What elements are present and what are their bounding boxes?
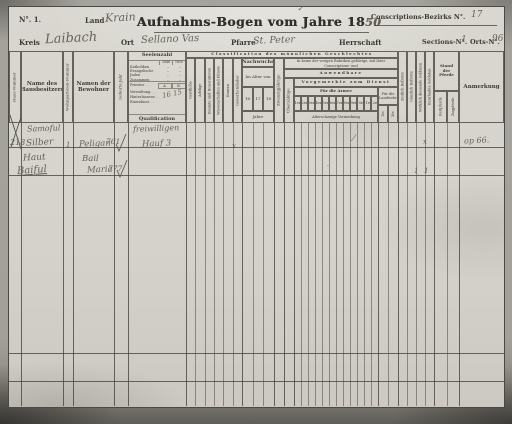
grid-vline: [447, 123, 448, 406]
grid-vline: [274, 123, 275, 406]
landwehr-col-1: 1te: [378, 105, 388, 123]
census-form-sheet: N°. 1. Land Krain Aufnahms-Bogen vom Jah…: [8, 6, 505, 408]
entry-prelim-owner: Samoful: [27, 123, 61, 133]
grid-vline: [357, 123, 358, 406]
nachwuchs-unit: Jahre: [242, 111, 274, 123]
column-header-anmerkung: Anmerkung: [459, 51, 504, 123]
status-column-header: Geistliche: [186, 58, 195, 123]
grid-vline: [364, 123, 365, 406]
grid-vline: [186, 123, 187, 406]
column-header-ueberzaehlige: Überzählige: [284, 78, 294, 123]
sections-value: 1: [461, 35, 467, 45]
grid-vline: [459, 123, 460, 406]
grid-vline: [214, 123, 215, 406]
grid-vline: [350, 123, 351, 406]
nachwuchs-year-17: 17: [253, 87, 263, 111]
grid-vline: [388, 123, 389, 406]
grid-vline: [233, 123, 234, 406]
conscription-underline: [374, 25, 497, 26]
grid-vline: [308, 123, 309, 406]
grid-vline: [398, 123, 399, 406]
pfarre-label: Pfarre: [231, 38, 256, 47]
grid-vline: [315, 123, 316, 406]
grid-vline: [63, 123, 64, 406]
armee-class-header: 5er: [322, 96, 329, 111]
grid-vline: [322, 123, 323, 406]
row1-status-mark: x: [232, 142, 236, 150]
column-header-bewohner: Namen der Bewohner: [73, 51, 114, 123]
seelenzahl-rows: 18461850Katholiken––Evangelische––Juden–…: [129, 60, 185, 81]
grid-vline: [301, 123, 302, 406]
orts-no-value: 96: [492, 34, 503, 44]
grid-vline: [343, 123, 344, 406]
row1-checkmark: [115, 133, 127, 153]
entry-row1-partei: 1: [66, 141, 70, 149]
pferde-col-reit: Reitpferde: [434, 91, 447, 123]
ort-value-handwriting: Sellano Vas: [141, 33, 200, 46]
armee-class-header: 11er: [364, 96, 371, 111]
herrschaft-label: Herrschaft: [339, 38, 382, 47]
befreite-column-header: Gänzlich Befreite: [407, 51, 416, 123]
armee-class-header: 6er: [329, 96, 336, 111]
landwehr-title: Für die Landwehr: [378, 87, 398, 105]
qualification-row-label: Einwohner . .: [130, 100, 154, 104]
nachwuchs-year-16: 16: [242, 87, 253, 111]
armee-bottom-label: Altersclassige Vormerkung: [294, 111, 378, 123]
grid-vline: [371, 123, 372, 406]
kreis-value-handwriting: Laibach: [45, 30, 98, 48]
nachwuchs-year-18: 18: [263, 87, 274, 111]
befreite-column-header: Zeitlich Befreite: [398, 51, 407, 123]
entry-prelim-qualification: freiwilligen: [133, 123, 179, 134]
grid-vline: [253, 123, 254, 406]
grid-vline: [416, 123, 417, 406]
form-title: Aufnahms-Bogen vom Jahre 1850: [129, 14, 389, 29]
armee-title: Für die Armee: [294, 87, 378, 96]
befreite-column-header: Wirklich dienende Soldaten: [416, 51, 425, 123]
nachwuchs-subtitle: Im Alter von: [242, 67, 274, 87]
column-header-hausbesitzer: Name des Hausbesitzers: [21, 51, 63, 123]
armee-class-header: 2er: [301, 96, 308, 111]
qualification-handwritten-value: 16 15: [161, 88, 182, 100]
row3-checkmark: [116, 159, 128, 179]
kreis-label: Kreis: [19, 38, 40, 47]
qualification-row-label: Hinterlassene . .: [130, 95, 159, 99]
vorgemerkte-title: Vorgemerkte zum Dienst: [294, 78, 398, 87]
entry-row1-anmerkung: op 66.: [464, 135, 490, 145]
armee-class-header: 1er: [294, 96, 301, 111]
seelenzahl-box: Seelenzahl 18461850Katholiken––Evangelis…: [128, 51, 186, 123]
seelenzahl-title: Seelenzahl: [129, 53, 185, 59]
column-header-zwanzigjaehrige: Zwanzigjährige: [274, 58, 284, 123]
status-column-header: Wissenschaften und Künste: [214, 58, 223, 123]
land-label: Land: [85, 16, 104, 25]
row3-mark-a: 1: [414, 167, 418, 175]
armee-class-header: 9er: [350, 96, 357, 111]
qualification-head-label: Priester . .: [130, 83, 158, 89]
entry-row2-bewohner: Bail: [82, 154, 99, 164]
ort-label: Ort: [121, 38, 134, 47]
status-column-header: Beamte und Honoratioren: [205, 58, 214, 123]
grid-vline: [407, 123, 408, 406]
row1-armee-tick: ⁄: [353, 134, 354, 143]
grid-vline: [378, 123, 379, 406]
column-header-geburtsjahr: Geburts-Jahr: [114, 51, 128, 123]
grid-vline: [336, 123, 337, 406]
pferde-title: Stand der Pferde: [434, 51, 459, 91]
befreite-column-header: Beurlaubte Soldaten: [425, 51, 434, 123]
grid-vline: [294, 123, 295, 406]
qualification-sub-table: Priester . .A.B.Verwaltung . .Hinterlass…: [129, 81, 185, 110]
grid-hline: [9, 381, 504, 382]
grid-vline: [205, 123, 206, 406]
row3-mark-b: 1: [424, 167, 428, 175]
grid-vline: [195, 123, 196, 406]
qualification-title: Qualification: [129, 114, 185, 123]
grid-vline: [128, 123, 129, 406]
form-title-text: Aufnahms-Bogen vom Jahre 18: [137, 14, 365, 29]
anwendbare-note: In keine der vorigen Rubriken gehörige, …: [284, 58, 398, 69]
row1-soldat-mark: x: [423, 138, 427, 146]
conscription-district-label: Conscriptions-Bezirks N°.: [371, 13, 465, 21]
entry-row1-qualification: Hauf 3: [142, 138, 172, 149]
armee-class-header: 12er: [371, 96, 378, 111]
grid-vline: [284, 123, 285, 406]
classification-title: Classification des männlichen Geschlecht…: [186, 51, 398, 58]
status-column-header: Bauern: [223, 58, 233, 123]
pferde-col-zug: Zugpferde: [447, 91, 459, 123]
entry-row1-owner: Silber: [26, 137, 54, 148]
armee-class-header: 8er: [343, 96, 350, 111]
grid-vline: [73, 123, 74, 406]
grid-vline: [263, 123, 264, 406]
grid-hline: [9, 175, 504, 176]
entry-row1-haus: 218: [10, 138, 25, 147]
status-column-header: Adelige: [195, 58, 205, 123]
grid-vline: [329, 123, 330, 406]
armee-class-header: 4er: [315, 96, 322, 111]
armee-class-header: 3er: [308, 96, 315, 111]
grid-vline: [425, 123, 426, 406]
pfarre-value-handwriting: St. Peter: [253, 34, 295, 46]
scanned-census-form-photo: N°. 1. Land Krain Aufnahms-Bogen vom Jah…: [0, 0, 512, 424]
grid-hline: [9, 353, 504, 354]
year-checkmark: ✓: [297, 4, 304, 13]
landwehr-col-2: 2te: [388, 105, 398, 123]
status-column-header: Gewerbs-Inhaber: [233, 58, 242, 123]
column-header-wohnpartei: Wohnparteien-Nummer: [63, 51, 73, 123]
grid-vline: [223, 123, 224, 406]
armee-class-header: 7er: [336, 96, 343, 111]
armee-class-header: 10er: [357, 96, 364, 111]
conscription-district-value: 17: [471, 10, 482, 20]
entry-row3-owner: Baiful: [17, 164, 48, 177]
grid-vline: [434, 123, 435, 406]
qualification-row-label: Verwaltung . .: [130, 90, 155, 94]
grid-vline: [242, 123, 243, 406]
entry-row2-owner: Haut: [23, 152, 46, 163]
nachwuchs-title: Nachwuchs: [242, 58, 274, 67]
stray-ink-dot: .: [327, 161, 329, 168]
form-number: N°. 1.: [19, 15, 41, 24]
qualification-col-a: A.: [158, 83, 172, 89]
anwendbare-title: Anwendbare: [284, 69, 398, 78]
